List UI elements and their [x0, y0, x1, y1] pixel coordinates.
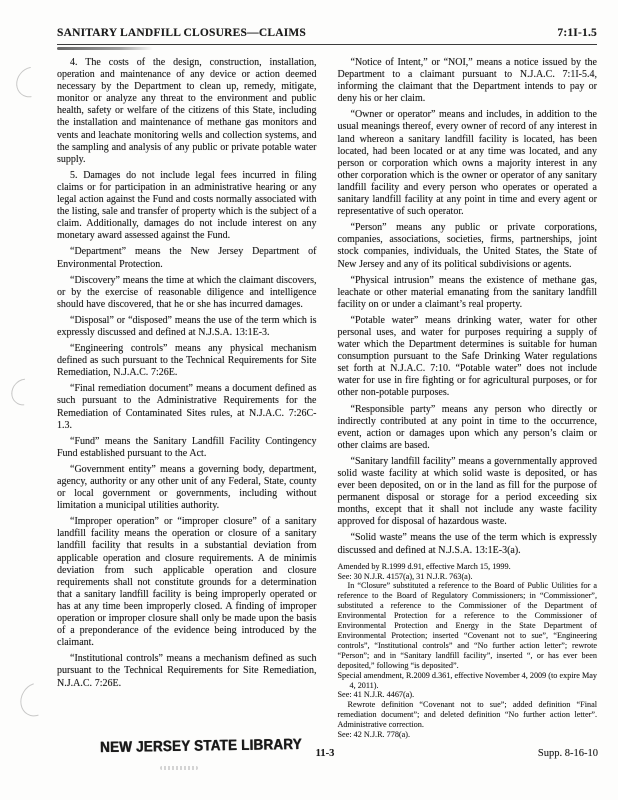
page-header: SANITARY LANDFILL CLOSURES—CLAIMS 7:1I-1…	[57, 27, 597, 39]
history-note: See: 42 N.J.R. 778(a).	[338, 730, 598, 740]
paragraph: “Owner or operator” means and includes, …	[338, 109, 598, 218]
paragraph: “Department” means the New Jersey Depart…	[57, 246, 317, 270]
paragraph: “Notice of Intent,” or “NOI,” means a no…	[338, 57, 598, 105]
margin-pen-mark	[10, 61, 52, 103]
paragraph: “Physical intrusion” means the existence…	[338, 275, 598, 311]
paragraph: “Potable water” means drinking water, wa…	[338, 315, 598, 400]
paragraph: “Engineering controls” means any physica…	[57, 343, 317, 379]
history-note: See: 30 N.J.R. 4157(a), 31 N.J.R. 763(a)…	[338, 572, 598, 582]
supplement-label: Supp. 8-16-10	[538, 748, 598, 759]
paragraph: “Discovery” means the time at which the …	[57, 275, 317, 311]
margin-pen-mark	[14, 677, 57, 722]
margin-pen-mark	[6, 373, 43, 411]
paragraph: “Institutional controls” means a mechani…	[57, 653, 317, 689]
page-title: SANITARY LANDFILL CLOSURES—CLAIMS	[57, 27, 306, 39]
history-notes: Amended by R.1999 d.91, effective March …	[338, 562, 598, 740]
paragraph: “Government entity” means a governing bo…	[57, 464, 317, 512]
history-note: In “Closure” substituted a reference to …	[338, 581, 598, 670]
paragraph: 4. The costs of the design, construction…	[57, 57, 317, 166]
header-rule	[57, 44, 597, 45]
scanned-document-page: SANITARY LANDFILL CLOSURES—CLAIMS 7:1I-1…	[0, 0, 618, 800]
history-note: Amended by R.1999 d.91, effective March …	[338, 562, 598, 572]
paragraph: “Fund” means the Sanitary Landfill Facil…	[57, 436, 317, 460]
paragraph: “Person” means any public or private cor…	[338, 222, 598, 270]
page-number: 11-3	[16, 748, 618, 759]
right-column: “Notice of Intent,” or “NOI,” means a no…	[338, 57, 598, 740]
paragraph: “Final remediation document” means a doc…	[57, 383, 317, 431]
history-note: Special amendment, R.2009 d.361, effecti…	[338, 671, 598, 691]
paragraph: “Sanitary landfill facility” means a gov…	[338, 456, 598, 529]
paragraph: “Solid waste” means the use of the term …	[338, 532, 598, 556]
two-column-text: 4. The costs of the design, construction…	[57, 57, 597, 740]
history-note: See: 41 N.J.R. 4467(a).	[338, 690, 598, 700]
history-note: Rewrote definition “Covenant not to sue”…	[338, 700, 598, 730]
header-citation: 7:1I-1.5	[557, 27, 597, 39]
paragraph: “Disposal” or “disposed” means the use o…	[57, 315, 317, 339]
paragraph: “Responsible party” means any person who…	[338, 404, 598, 452]
stamp-smudge	[160, 766, 198, 770]
left-column: 4. The costs of the design, construction…	[57, 57, 317, 740]
paragraph: 5. Damages do not include legal fees inc…	[57, 170, 317, 243]
ink-smudge	[57, 47, 153, 50]
paragraph: “Improper operation” or “improper closur…	[57, 516, 317, 649]
